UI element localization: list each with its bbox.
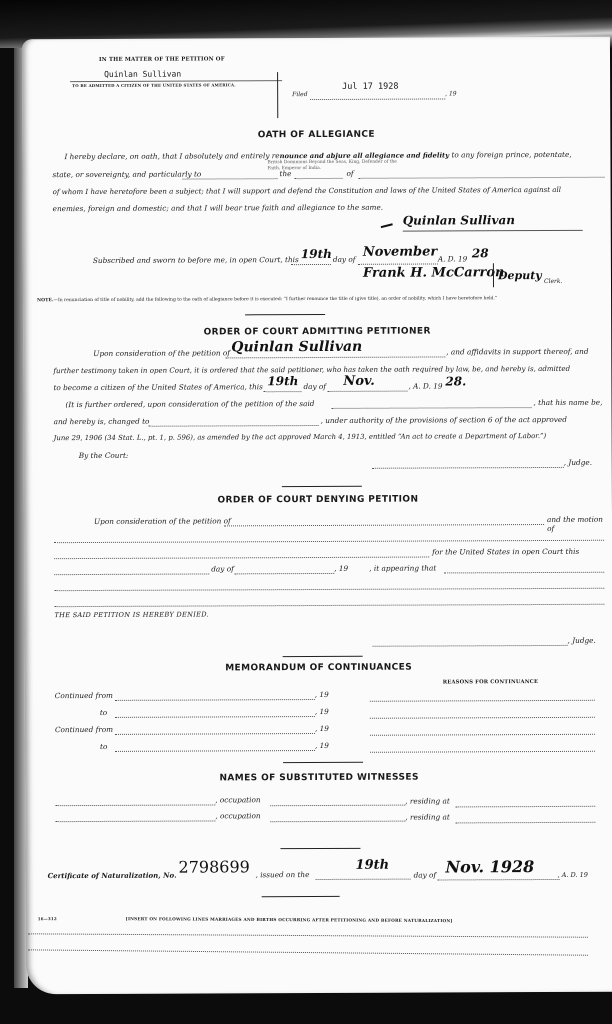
sworn-month: November bbox=[363, 244, 437, 259]
deny-petitioner-line bbox=[224, 524, 544, 526]
admitting-title: ORDER OF COURT ADMITTING PETITIONER bbox=[23, 326, 611, 339]
nobility-note: NOTE.—In renunciation of title of nobili… bbox=[37, 296, 497, 303]
admit-day-line bbox=[263, 391, 301, 392]
clerk-signature: Frank H. McCarron bbox=[363, 265, 505, 281]
oath-line-2-the: the bbox=[279, 169, 291, 178]
continuance-row-2-line bbox=[115, 716, 315, 718]
insert-note: [INSERT ON FOLLOWING LINES MARRIAGES AND… bbox=[126, 916, 453, 923]
sworn-day-line bbox=[291, 264, 331, 265]
admit-line-5-start: and hereby is, changed to bbox=[54, 417, 150, 426]
witness-1-residing-label: , residing at bbox=[405, 796, 450, 805]
admit-line-4-start: (It is further ordered, upon considerati… bbox=[65, 399, 314, 409]
witness-2-residing-line bbox=[455, 822, 595, 824]
admit-line-6: June 29, 1906 (34 Stat. L., pt. 1, p. 59… bbox=[54, 432, 547, 442]
continuance-row-2-year: , 19 bbox=[315, 707, 329, 716]
oath-line-1-end: to any foreign prince, potentate, bbox=[451, 150, 571, 160]
deny-line-5 bbox=[54, 588, 604, 591]
reason-line-2 bbox=[370, 717, 595, 719]
admit-day: 19th bbox=[267, 374, 298, 388]
deny-appearing-line bbox=[444, 572, 604, 574]
form-number: 16—312 bbox=[38, 916, 57, 921]
admit-month: Nov. bbox=[343, 374, 374, 389]
admit-line-2: further testimony taken in open Court, i… bbox=[53, 364, 570, 375]
filed-label: Filed bbox=[292, 91, 307, 98]
continuance-row-1-year: , 19 bbox=[315, 690, 329, 699]
sworn-ad: A. D. 19 bbox=[438, 254, 467, 263]
witness-2-name-line bbox=[55, 820, 215, 822]
oath-line-1-start: I hereby declare, on oath, that I absolu… bbox=[64, 151, 279, 161]
note-label: NOTE. bbox=[37, 298, 53, 303]
continuance-row-2-label: to bbox=[100, 708, 107, 717]
continuances-title: MEMORANDUM OF CONTINUANCES bbox=[25, 662, 612, 675]
deny-month-line bbox=[234, 573, 334, 574]
certificate-month-line bbox=[438, 879, 560, 881]
sworn-year: 28 bbox=[472, 246, 489, 260]
reason-line-3 bbox=[370, 734, 595, 736]
witness-2-occupation-line bbox=[270, 821, 405, 823]
section-divider-5 bbox=[280, 848, 360, 849]
deny-day-of: day of bbox=[211, 564, 234, 573]
sworn-day-of: day of bbox=[333, 255, 356, 264]
continuance-row-1-line bbox=[115, 699, 315, 701]
certificate-day-of: day of bbox=[414, 870, 437, 879]
continuance-row-3-year: , 19 bbox=[315, 724, 329, 733]
oath-line-4: enemies, foreign and domestic; and that … bbox=[53, 203, 383, 213]
admission-caption: TO BE ADMITTED A CITIZEN OF THE UNITED S… bbox=[72, 82, 236, 88]
admit-petitioner-hand: Quinlan Sullivan bbox=[231, 339, 362, 356]
certificate-label: Certificate of Naturalization, No. bbox=[48, 871, 177, 881]
oath-line-2-of: of bbox=[346, 169, 353, 178]
section-divider-6 bbox=[262, 896, 340, 897]
oath-of-line bbox=[359, 177, 605, 179]
reason-line-1 bbox=[370, 700, 595, 702]
certificate-day-line bbox=[316, 879, 411, 880]
deny-line-3-end: for the United States in open Court this bbox=[432, 547, 579, 557]
admit-line-3-start: to become a citizen of the United States… bbox=[53, 382, 262, 392]
admit-ad: , A. D. 19 bbox=[408, 381, 442, 390]
admit-judge-label: , Judge. bbox=[564, 458, 592, 467]
continuance-row-1-label: Continued from bbox=[55, 691, 113, 700]
deputy-handwritten: Deputy bbox=[498, 269, 542, 282]
stamp-line-1: British Dominions Beyond the Seas, King,… bbox=[267, 160, 396, 166]
admit-changed-line bbox=[149, 425, 319, 427]
clerk-bracket bbox=[493, 263, 494, 287]
certificate-ad: , A. D. 19 bbox=[558, 871, 588, 879]
reasons-header: REASONS FOR CONTINUANCE bbox=[443, 679, 538, 685]
section-divider-1 bbox=[245, 314, 325, 315]
continuance-row-4-line bbox=[115, 750, 315, 752]
continuance-row-3-line bbox=[115, 733, 315, 735]
deny-line-3 bbox=[54, 557, 429, 560]
deny-19: , 19 bbox=[334, 564, 348, 573]
header-divider bbox=[277, 72, 278, 118]
admit-petitioner-line bbox=[225, 356, 445, 358]
admit-day-of: day of bbox=[303, 382, 326, 391]
insert-line-1 bbox=[28, 933, 588, 937]
petition-denied: THE SAID PETITION IS HEREBY DENIED. bbox=[54, 610, 209, 619]
deny-line-2 bbox=[54, 540, 604, 543]
witness-1-residing-line bbox=[455, 806, 595, 808]
witness-1-occupation-line bbox=[270, 805, 405, 807]
admit-line-4-end: , that his name be, bbox=[533, 398, 602, 407]
oath-sovereign-line bbox=[183, 178, 278, 179]
deny-line-1-end: and the motion of bbox=[547, 515, 612, 533]
witnesses-title: NAMES OF SUBSTITUTED WITNESSES bbox=[25, 772, 612, 785]
admit-month-line bbox=[327, 391, 407, 392]
certificate-month-year: Nov. 1928 bbox=[445, 857, 534, 876]
petitioner-signature: Quinlan Sullivan bbox=[403, 213, 515, 227]
deny-line-1-start: Upon consideration of the petition of bbox=[94, 516, 231, 526]
matter-label: IN THE MATTER OF THE PETITION OF bbox=[99, 56, 225, 63]
oath-line-3: of whom I have heretofore been a subject… bbox=[53, 185, 561, 196]
sworn-day: 19th bbox=[301, 247, 332, 261]
section-divider-2 bbox=[282, 486, 362, 487]
certificate-day: 19th bbox=[355, 858, 389, 873]
signature-line bbox=[403, 230, 583, 232]
deny-judge-label: , Judge. bbox=[568, 636, 596, 645]
admit-line-1-end: , and affidavits in support thereof, and bbox=[446, 347, 588, 357]
witness-2-residing-label: , residing at bbox=[405, 812, 450, 821]
naturalization-form-page: IN THE MATTER OF THE PETITION OF Quinlan… bbox=[22, 37, 612, 995]
oath-the-line bbox=[295, 178, 343, 179]
witness-2-occupation-label: , occupation bbox=[215, 811, 260, 820]
clerk-label: Clerk. bbox=[544, 278, 563, 285]
oath-title: OATH OF ALLEGIANCE bbox=[22, 129, 610, 142]
note-text: —In renunciation of title of nobility, a… bbox=[53, 296, 497, 303]
filed-year-suffix: , 19 bbox=[445, 90, 456, 97]
denying-title: ORDER OF COURT DENYING PETITION bbox=[24, 494, 612, 507]
continuance-row-4-label: to bbox=[100, 742, 107, 751]
oath-line-2-start: state, or sovereignty, and particularly … bbox=[52, 170, 201, 180]
admit-judge-line bbox=[372, 467, 564, 469]
section-divider-3 bbox=[283, 656, 363, 657]
witness-1-occupation-label: , occupation bbox=[215, 795, 260, 804]
deny-judge-line bbox=[373, 645, 568, 647]
signature-tick bbox=[381, 223, 393, 228]
reason-line-4 bbox=[370, 751, 595, 753]
admit-line-1-start: Upon consideration of the petition of bbox=[93, 348, 230, 358]
by-the-court: By the Court: bbox=[79, 451, 129, 460]
witness-1-name-line bbox=[55, 804, 215, 806]
admit-said-line bbox=[332, 407, 532, 409]
insert-line-2 bbox=[28, 949, 588, 955]
section-divider-4 bbox=[283, 762, 363, 763]
continuance-row-3-label: Continued from bbox=[55, 725, 113, 734]
deny-day-line bbox=[54, 573, 209, 575]
sworn-label: Subscribed and sworn to before me, in op… bbox=[93, 255, 299, 265]
deny-line-6 bbox=[54, 604, 604, 607]
filed-line bbox=[310, 98, 445, 100]
continuance-row-4-year: , 19 bbox=[315, 741, 329, 750]
deny-appearing: , it appearing that bbox=[369, 563, 436, 572]
filed-date: Jul 17 1928 bbox=[342, 82, 398, 92]
admit-line-5-end: , under authority of the provisions of s… bbox=[321, 415, 567, 425]
certificate-issued-label: , issued on the bbox=[256, 870, 310, 879]
admit-year: 28. bbox=[445, 374, 466, 388]
certificate-number: 2798699 bbox=[178, 857, 249, 876]
petitioner-name: Quinlan Sullivan bbox=[104, 70, 181, 79]
